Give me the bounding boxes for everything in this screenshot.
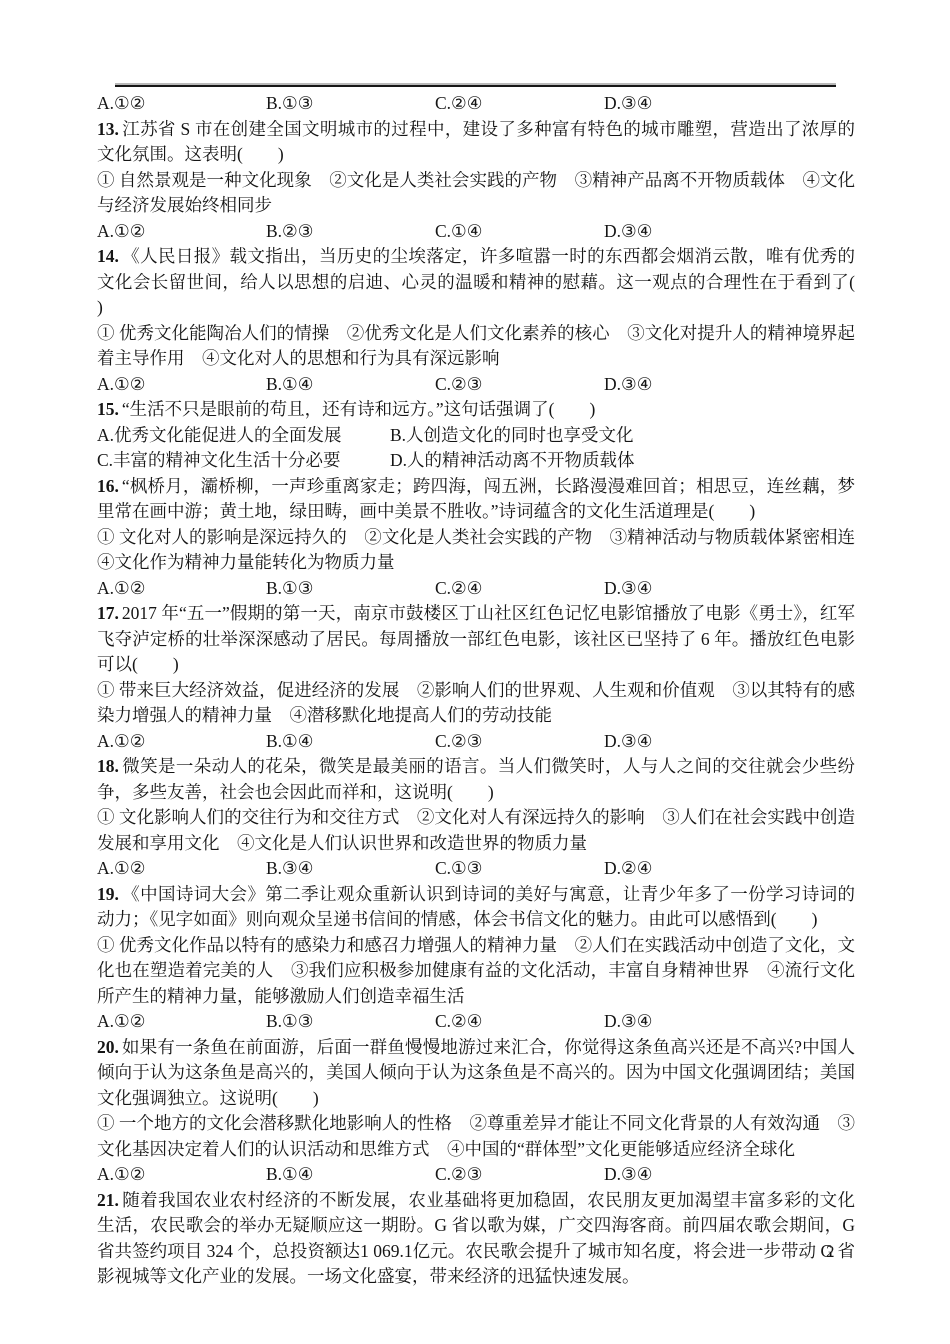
question-number: 13. — [97, 119, 119, 139]
choice-d: D.人的精神活动离不开物质载体 — [390, 448, 635, 474]
choice-b: B.①④ — [266, 1162, 435, 1188]
question-suboptions: ① 一个地方的文化会潜移默化地影响人的性格 ②尊重差异才能让不同文化背景的人有效… — [97, 1111, 855, 1162]
question-13: 13.江苏省 S 市在创建全国文明城市的过程中，建设了多种富有特色的城市雕塑，营… — [97, 117, 855, 245]
choice-c: C.①③ — [435, 856, 604, 882]
choices-row: C.丰富的精神文化生活十分必要D.人的精神活动离不开物质载体 — [97, 448, 855, 474]
choice-b: B.②③ — [266, 219, 435, 245]
question-suboptions: ① 优秀文化作品以特有的感染力和感召力增强人的精神力量 ②人们在实践活动中创造了… — [97, 933, 855, 1010]
choice-c: C.②③ — [435, 1162, 604, 1188]
choice-a: A.①② — [97, 219, 266, 245]
question-text: 《人民日报》载文指出，当历史的尘埃落定，许多喧嚣一时的东西都会烟消云散，唯有优秀… — [97, 246, 890, 317]
question-text: 随着我国农业农村经济的不断发展，农业基础将更加稳固，农民朋友更加渴望丰富多彩的文… — [97, 1190, 855, 1287]
question-text: 《中国诗词大会》第二季让观众重新认识到诗词的美好与寓意，让青少年多了一份学习诗词… — [97, 884, 855, 930]
question-suboptions: ① 带来巨大经济效益，促进经济的发展 ②影响人们的世界观、人生观和价值观 ③以其… — [97, 678, 855, 729]
choice-b: B.①③ — [266, 576, 435, 602]
question-15: 15.“生活不只是眼前的苟且，还有诗和远方。”这句话强调了( ) A.优秀文化能… — [97, 397, 855, 474]
question-19: 19.《中国诗词大会》第二季让观众重新认识到诗词的美好与寓意，让青少年多了一份学… — [97, 882, 855, 1035]
question-stem: 17.2017 年“五一”假期的第一天，南京市鼓楼区丁山社区红色记忆电影馆播放了… — [97, 601, 855, 678]
choices-row: A.①②B.①④C.②③D.③④ — [97, 1162, 855, 1188]
question-suboptions: ① 优秀文化能陶冶人们的情操 ②优秀文化是人们文化素养的核心 ③文化对提升人的精… — [97, 321, 855, 372]
question-stem: 15.“生活不只是眼前的苟且，还有诗和远方。”这句话强调了( ) — [97, 397, 855, 423]
choice-b: B.①③ — [266, 91, 435, 117]
document-page: A.①②B.①③C.②④D.③④ 13.江苏省 S 市在创建全国文明城市的过程中… — [0, 0, 950, 1344]
question-suboptions: ① 自然景观是一种文化现象 ②文化是人类社会实践的产物 ③精神产品离不开物质载体… — [97, 168, 855, 219]
question-number: 21. — [97, 1190, 119, 1210]
choice-b: B.①③ — [266, 1009, 435, 1035]
content-area: A.①②B.①③C.②④D.③④ 13.江苏省 S 市在创建全国文明城市的过程中… — [97, 91, 855, 1290]
choice-a: A.①② — [97, 1009, 266, 1035]
choice-c: C.②③ — [435, 729, 604, 755]
question-stem: 16.“枫桥月，灞桥柳，一声珍重离家走；跨四海，闯五洲，长路漫漫难回首；相思豆，… — [97, 474, 855, 525]
choice-a: A.①② — [97, 729, 266, 755]
choice-a: A.①② — [97, 1162, 266, 1188]
choice-b: B.③④ — [266, 856, 435, 882]
question-number: 16. — [97, 476, 119, 496]
question-stem: 20.如果有一条鱼在前面游，后面一群鱼慢慢地游过来汇合，你觉得这条鱼高兴还是不高… — [97, 1035, 855, 1112]
question-20: 20.如果有一条鱼在前面游，后面一群鱼慢慢地游过来汇合，你觉得这条鱼高兴还是不高… — [97, 1035, 855, 1188]
question-text: “枫桥月，灞桥柳，一声珍重离家走；跨四海，闯五洲，长路漫漫难回首；相思豆，连丝藕… — [97, 476, 855, 522]
choice-d: D.③④ — [604, 729, 652, 755]
choice-d: D.③④ — [604, 576, 652, 602]
question-text: 江苏省 S 市在创建全国文明城市的过程中，建设了多种富有特色的城市雕塑，营造出了… — [97, 119, 855, 165]
header-rule-line — [115, 85, 836, 87]
question-16: 16.“枫桥月，灞桥柳，一声珍重离家走；跨四海，闯五洲，长路漫漫难回首；相思豆，… — [97, 474, 855, 602]
choice-d: D.③④ — [604, 1162, 652, 1188]
choices-row: A.①②B.②③C.①④D.③④ — [97, 219, 855, 245]
carryover-choices-row: A.①②B.①③C.②④D.③④ — [97, 91, 855, 117]
choices-row: A.①②B.①④C.②③D.③④ — [97, 729, 855, 755]
choice-c: C.②④ — [435, 1009, 604, 1035]
choice-b: B.①④ — [266, 729, 435, 755]
choice-c: C.丰富的精神文化生活十分必要 — [97, 448, 390, 474]
question-number: 17. — [97, 603, 119, 623]
question-stem: 19.《中国诗词大会》第二季让观众重新认识到诗词的美好与寓意，让青少年多了一份学… — [97, 882, 855, 933]
page-number: 2 — [826, 1242, 835, 1262]
choice-b: B.人创造文化的同时也享受文化 — [390, 423, 634, 449]
choice-a: A.优秀文化能促进人的全面发展 — [97, 423, 390, 449]
choice-c: C.②④ — [435, 576, 604, 602]
choice-d: D.②④ — [604, 856, 652, 882]
choice-d: D.③④ — [604, 219, 652, 245]
question-number: 18. — [97, 756, 119, 776]
question-stem: 13.江苏省 S 市在创建全国文明城市的过程中，建设了多种富有特色的城市雕塑，营… — [97, 117, 855, 168]
choice-d: D.③④ — [604, 91, 652, 117]
question-text: 微笑是一朵动人的花朵，微笑是最美丽的语言。当人们微笑时，人与人之间的交往就会少些… — [97, 756, 855, 802]
question-stem: 14.《人民日报》载文指出，当历史的尘埃落定，许多喧嚣一时的东西都会烟消云散，唯… — [97, 244, 855, 321]
header-rule — [115, 83, 836, 87]
question-text: 2017 年“五一”假期的第一天，南京市鼓楼区丁山社区红色记忆电影馆播放了电影《… — [97, 603, 855, 674]
question-text: 如果有一条鱼在前面游，后面一群鱼慢慢地游过来汇合，你觉得这条鱼高兴还是不高兴?中… — [97, 1037, 855, 1108]
question-number: 19. — [97, 884, 119, 904]
question-14: 14.《人民日报》载文指出，当历史的尘埃落定，许多喧嚣一时的东西都会烟消云散，唯… — [97, 244, 855, 397]
choice-a: A.①② — [97, 372, 266, 398]
choice-d: D.③④ — [604, 372, 652, 398]
question-stem: 18.微笑是一朵动人的花朵，微笑是最美丽的语言。当人们微笑时，人与人之间的交往就… — [97, 754, 855, 805]
choice-c: C.②④ — [435, 91, 604, 117]
question-21: 21.随着我国农业农村经济的不断发展，农业基础将更加稳固，农民朋友更加渴望丰富多… — [97, 1188, 855, 1290]
choices-row: A.①②B.①③C.②④D.③④ — [97, 576, 855, 602]
choices-row: A.①②B.①④C.②③D.③④ — [97, 372, 855, 398]
question-stem: 21.随着我国农业农村经济的不断发展，农业基础将更加稳固，农民朋友更加渴望丰富多… — [97, 1188, 855, 1290]
choices-row: A.优秀文化能促进人的全面发展B.人创造文化的同时也享受文化 — [97, 423, 855, 449]
question-suboptions: ① 文化对人的影响是深远持久的 ②文化是人类社会实践的产物 ③精神活动与物质载体… — [97, 525, 855, 576]
choice-b: B.①④ — [266, 372, 435, 398]
question-number: 15. — [97, 399, 119, 419]
choice-a: A.①② — [97, 576, 266, 602]
choice-a: A.①② — [97, 91, 266, 117]
question-number: 20. — [97, 1037, 119, 1057]
question-number: 14. — [97, 246, 119, 266]
choices-row: A.①②B.①③C.②④D.③④ — [97, 1009, 855, 1035]
choices-row: A.①②B.③④C.①③D.②④ — [97, 856, 855, 882]
choice-d: D.③④ — [604, 1009, 652, 1035]
question-17: 17.2017 年“五一”假期的第一天，南京市鼓楼区丁山社区红色记忆电影馆播放了… — [97, 601, 855, 754]
choice-a: A.①② — [97, 856, 266, 882]
choice-c: C.①④ — [435, 219, 604, 245]
question-suboptions: ① 文化影响人们的交往行为和交往方式 ②文化对人有深远持久的影响 ③人们在社会实… — [97, 805, 855, 856]
question-text: “生活不只是眼前的苟且，还有诗和远方。”这句话强调了( ) — [122, 399, 595, 419]
question-18: 18.微笑是一朵动人的花朵，微笑是最美丽的语言。当人们微笑时，人与人之间的交往就… — [97, 754, 855, 882]
choice-c: C.②③ — [435, 372, 604, 398]
